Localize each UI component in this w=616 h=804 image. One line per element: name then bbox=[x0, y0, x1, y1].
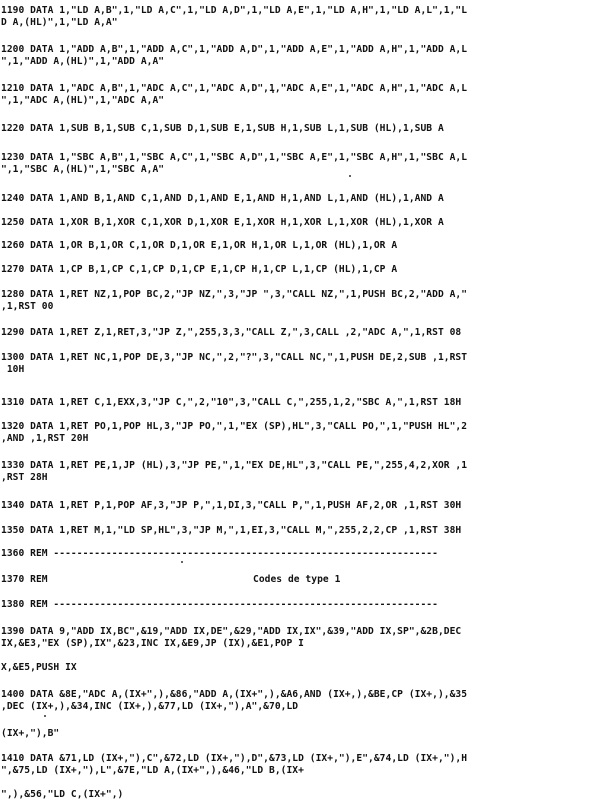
line-1240: 1240 DATA 1,AND B,1,AND C,1,AND D,1,AND … bbox=[1, 193, 444, 205]
line-1220: 1220 DATA 1,SUB B,1,SUB C,1,SUB D,1,SUB … bbox=[1, 123, 444, 135]
line-1410-c: ",),&56,"LD C,(IX+",) bbox=[1, 789, 123, 801]
line-1350: 1350 DATA 1,RET M,1,"LD SP,HL",3,"JP M,"… bbox=[1, 525, 461, 537]
line-1320-a: 1320 DATA 1,RET PO,1,POP HL,3,"JP PO,",1… bbox=[1, 421, 467, 433]
line-1360-rem-divider: 1360 REM -------------------------------… bbox=[1, 548, 438, 560]
line-1200-a: 1200 DATA 1,"ADD A,B",1,"ADD A,C",1,"ADD… bbox=[1, 44, 467, 56]
line-1300-a: 1300 DATA 1,RET NC,1,POP DE,3,"JP NC,",2… bbox=[1, 352, 467, 364]
line-1230-b: ",1,"SBC A,(HL)",1,"SBC A,A" bbox=[1, 164, 164, 176]
scan-speck bbox=[272, 91, 274, 93]
scan-speck bbox=[44, 715, 46, 717]
program-listing-page: 1190 DATA 1,"LD A,B",1,"LD A,C",1,"LD A,… bbox=[0, 0, 616, 804]
line-1280-b: ,1,RST 00 bbox=[1, 301, 53, 313]
line-1200-b: ",1,"ADD A,(HL)",1,"ADD A,A" bbox=[1, 56, 164, 68]
line-1390-a: 1390 DATA 9,"ADD IX,BC",&19,"ADD IX,DE",… bbox=[1, 626, 461, 638]
line-1190-b: D A,(HL)",1,"LD A,A" bbox=[1, 17, 118, 29]
line-1340: 1340 DATA 1,RET P,1,POP AF,3,"JP P,",1,D… bbox=[1, 500, 461, 512]
line-1380-rem-divider: 1380 REM -------------------------------… bbox=[1, 599, 438, 611]
line-1190-a: 1190 DATA 1,"LD A,B",1,"LD A,C",1,"LD A,… bbox=[1, 5, 467, 17]
line-1400-b: ,DEC (IX+,),&34,INC (IX+,),&77,LD (IX+,"… bbox=[1, 701, 298, 713]
line-1290: 1290 DATA 1,RET Z,1,RET,3,"JP Z,",255,3,… bbox=[1, 327, 461, 339]
scan-speck bbox=[349, 175, 351, 177]
line-1280-a: 1280 DATA 1,RET NZ,1,POP BC,2,"JP NZ,",3… bbox=[1, 289, 467, 301]
line-1310: 1310 DATA 1,RET C,1,EXX,3,"JP C,",2,"10"… bbox=[1, 397, 461, 409]
line-1390-b: IX,&E3,"EX (SP),IX",&23,INC IX,&E9,JP (I… bbox=[1, 638, 304, 650]
line-1210-a: 1210 DATA 1,"ADC A,B",1,"ADC A,C",1,"ADC… bbox=[1, 83, 467, 95]
line-1410-b: ",&75,LD (IX+,"),L",&7E,"LD A,(IX+",),&4… bbox=[1, 765, 304, 777]
line-1390-c: X,&E5,PUSH IX bbox=[1, 662, 77, 674]
line-1330-b: ,RST 28H bbox=[1, 472, 48, 484]
line-1410-a: 1410 DATA &71,LD (IX+,"),C",&72,LD (IX+,… bbox=[1, 753, 467, 765]
section-title: Codes de type 1 bbox=[253, 574, 340, 586]
line-1400-a: 1400 DATA &8E,"ADC A,(IX+",),&86,"ADD A,… bbox=[1, 689, 467, 701]
line-1330-a: 1330 DATA 1,RET PE,1,JP (HL),3,"JP PE,",… bbox=[1, 460, 467, 472]
line-1320-b: ,AND ,1,RST 20H bbox=[1, 433, 88, 445]
scan-speck bbox=[181, 561, 183, 563]
line-1270: 1270 DATA 1,CP B,1,CP C,1,CP D,1,CP E,1,… bbox=[1, 264, 397, 276]
line-1260: 1260 DATA 1,OR B,1,OR C,1,OR D,1,OR E,1,… bbox=[1, 240, 397, 252]
line-1250: 1250 DATA 1,XOR B,1,XOR C,1,XOR D,1,XOR … bbox=[1, 217, 444, 229]
line-1400-c: (IX+,"),B" bbox=[1, 728, 59, 740]
line-1370-rem: 1370 REM bbox=[1, 574, 48, 586]
line-1300-b: 10H bbox=[1, 364, 24, 376]
line-1230-a: 1230 DATA 1,"SBC A,B",1,"SBC A,C",1,"SBC… bbox=[1, 152, 467, 164]
line-1210-b: ",1,"ADC A,(HL)",1,"ADC A,A" bbox=[1, 95, 164, 107]
